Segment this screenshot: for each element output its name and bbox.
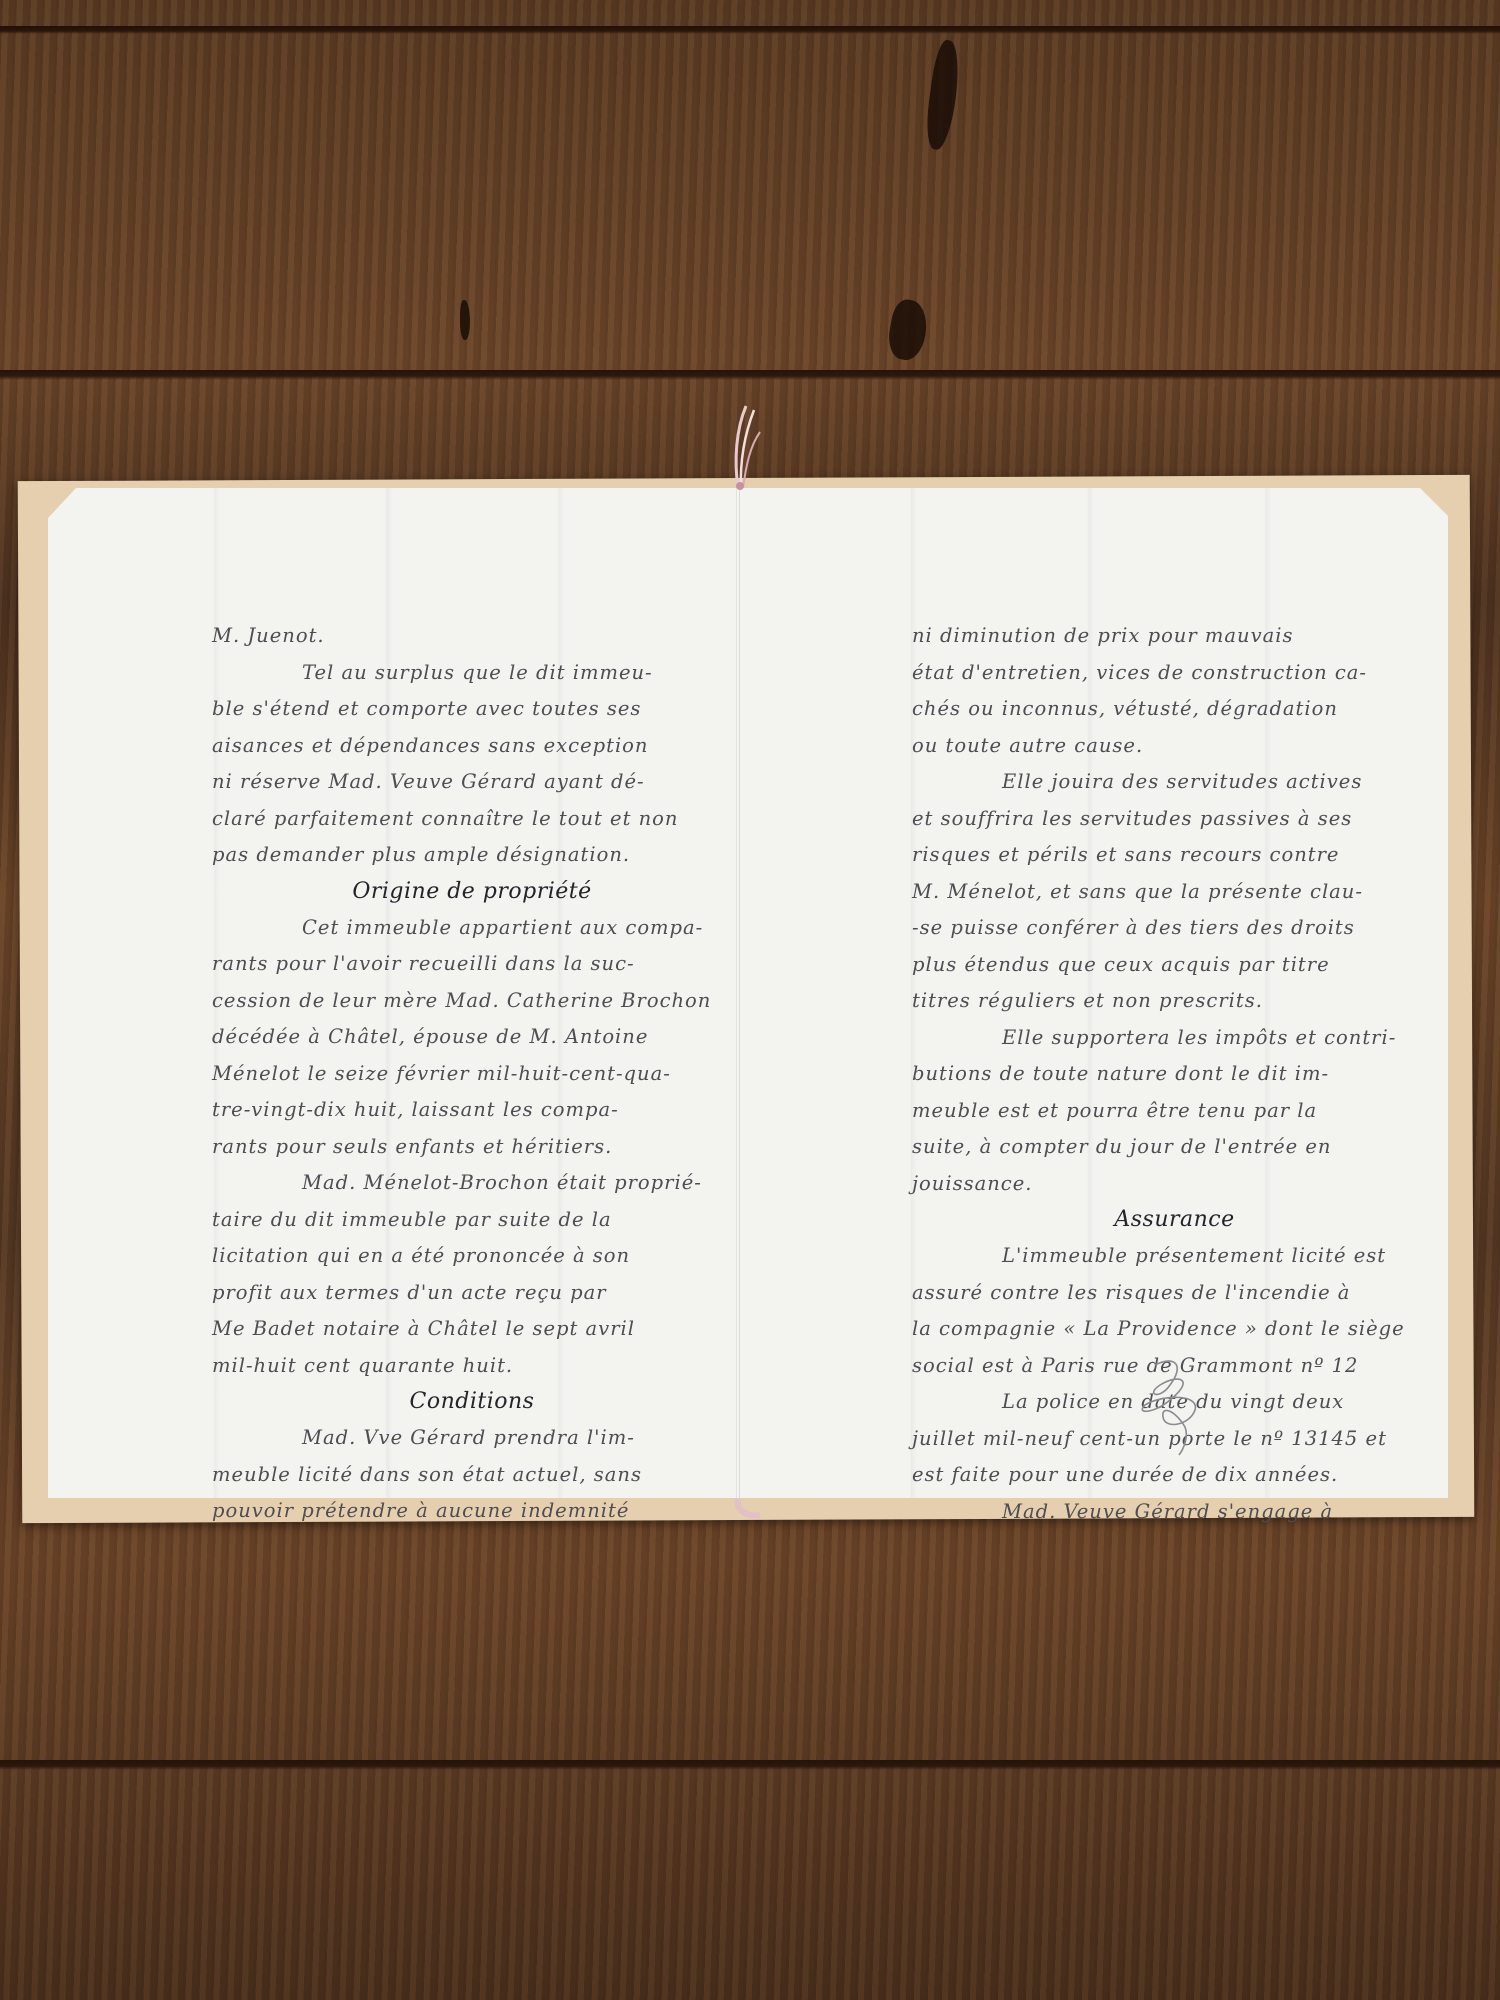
text-line: Elle supportera les impôts et contri- <box>912 1020 1437 1057</box>
text-line: assuré contre les risques de l'incendie … <box>912 1275 1437 1312</box>
section-heading-origine: Origine de propriété <box>212 874 732 910</box>
text-line: pouvoir prétendre à aucune indemnité <box>212 1493 732 1530</box>
text-line: meuble licité dans son état actuel, sans <box>212 1457 732 1494</box>
text-line: et souffrira les servitudes passives à s… <box>912 801 1437 838</box>
text-line: Mad. Ménelot-Brochon était proprié- <box>212 1165 732 1202</box>
text-line: ou toute autre cause. <box>912 728 1437 765</box>
text-line: -se puisse conférer à des tiers des droi… <box>912 910 1437 947</box>
text-line: pas demander plus ample désignation. <box>212 837 732 874</box>
text-line: taire du dit immeuble par suite de la <box>212 1202 732 1239</box>
text-line: décédée à Châtel, épouse de M. Antoine <box>212 1019 732 1056</box>
center-fold <box>736 488 740 1498</box>
text-line: risques et périls et sans recours contre <box>912 837 1437 874</box>
text-line: Mad. Veuve Gérard s'engage à <box>912 1494 1437 1531</box>
wood-knot <box>460 300 470 340</box>
text-line: ni réserve Mad. Veuve Gérard ayant dé- <box>212 764 732 801</box>
text-line: jouissance. <box>912 1166 1437 1203</box>
text-line: profit aux termes d'un acte reçu par <box>212 1275 732 1312</box>
text-line: tre-vingt-dix huit, laissant les compa- <box>212 1092 732 1129</box>
text-line: Tel au surplus que le dit immeu- <box>212 655 732 692</box>
text-line: suite, à compter du jour de l'entrée en <box>912 1129 1437 1166</box>
text-line: Cet immeuble appartient aux compa- <box>212 910 732 947</box>
text-line: Mad. Vve Gérard prendra l'im- <box>212 1420 732 1457</box>
binding-thread-icon <box>730 1495 770 1525</box>
text-line: chés ou inconnus, vétusté, dégradation <box>912 691 1437 728</box>
wood-knot <box>922 39 963 152</box>
text-line: aisances et dépendances sans exception <box>212 728 732 765</box>
text-line: la compagnie « La Providence » dont le s… <box>912 1311 1437 1348</box>
initials-signature-icon <box>1115 1355 1225 1465</box>
text-line: meuble est et pourra être tenu par la <box>912 1093 1437 1130</box>
text-line: rants pour l'avoir recueilli dans la suc… <box>212 946 732 983</box>
text-line: Ménelot le seize février mil-huit-cent-q… <box>212 1056 732 1093</box>
binding-thread-icon <box>724 400 764 490</box>
text-line: claré parfaitement connaître le tout et … <box>212 801 732 838</box>
text-line: ni diminution de prix pour mauvais <box>912 618 1437 655</box>
text-line: M. Juenot. <box>212 618 732 655</box>
text-line: plus étendus que ceux acquis par titre <box>912 947 1437 984</box>
text-line: mil-huit cent quarante huit. <box>212 1348 732 1385</box>
text-line: ble s'étend et comporte avec toutes ses <box>212 691 732 728</box>
text-line: rants pour seuls enfants et héritiers. <box>212 1129 732 1166</box>
section-heading-assurance: Assurance <box>912 1202 1437 1238</box>
text-line: Me Badet notaire à Châtel le sept avril <box>212 1311 732 1348</box>
text-line: cession de leur mère Mad. Catherine Broc… <box>212 983 732 1020</box>
section-heading-conditions: Conditions <box>212 1384 732 1420</box>
text-line: état d'entretien, vices de construction … <box>912 655 1437 692</box>
text-line: butions de toute nature dont le dit im- <box>912 1056 1437 1093</box>
text-line: M. Ménelot, et sans que la présente clau… <box>912 874 1437 911</box>
wood-knot <box>885 297 931 362</box>
left-page-text: M. Juenot. Tel au surplus que le dit imm… <box>212 618 732 1530</box>
text-line: L'immeuble présentement licité est <box>912 1238 1437 1275</box>
text-line: licitation qui en a été prononcée à son <box>212 1238 732 1275</box>
text-line: Elle jouira des servitudes actives <box>912 764 1437 801</box>
text-line: titres réguliers et non prescrits. <box>912 983 1437 1020</box>
